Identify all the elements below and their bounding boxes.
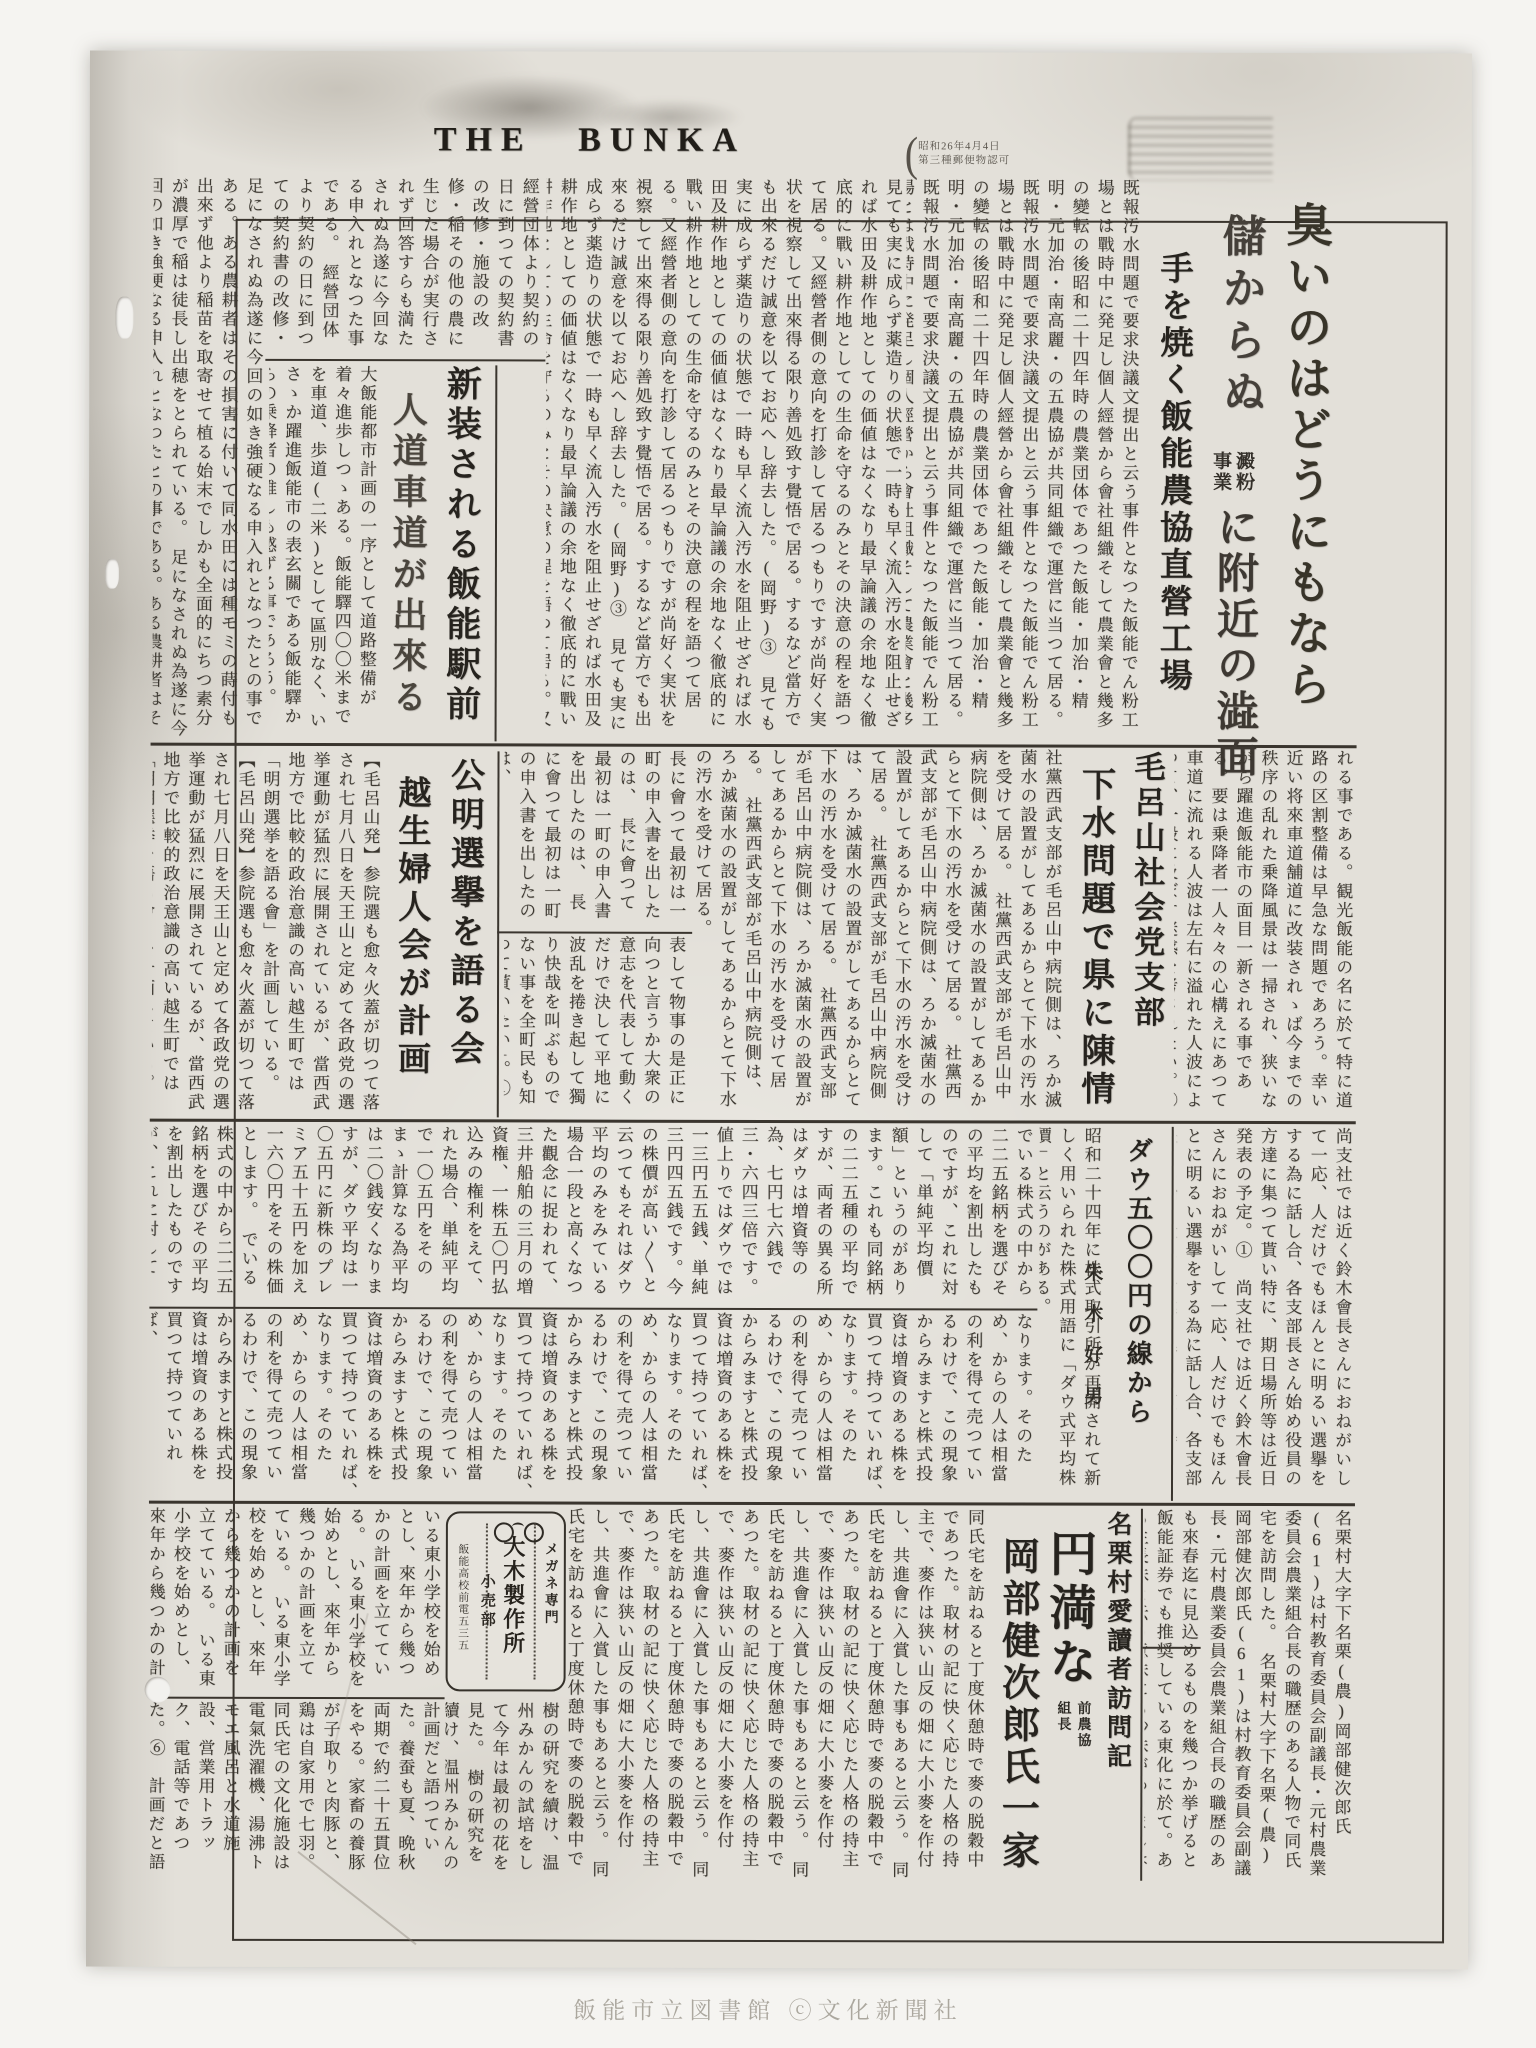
article-school: いる東小学校を始めとし、來年から幾つかの計画を立てている。 いる東小学校を始めと… [151, 1507, 443, 1694]
article-dempun-left: 足になされぬ為遂に今回の如き強硬なる申入れとなつたとの事である。ある農耕者はその… [153, 177, 266, 739]
article-ekimae-cont: れる事である。観光飯能の名に於て特に道路の区割整備は早急な問題であろう。幸い近い… [1174, 749, 1356, 1119]
headline-teyaku: 手を焼く飯能農協直營工場 [1147, 251, 1200, 713]
headline-profit-small: 澱粉事業 [1207, 451, 1255, 498]
article-gesui-c: 表して物事の是正に向つと言うか大衆の意志を代表して動くだけで決して平地に波乱を捲… [504, 935, 688, 1117]
article-ekimae-body: 大飯能都市計画の一序として道路整備が着々進歩しつゝある。飯能驛四〇〇米までを車道… [269, 365, 380, 741]
article-naguri-mid: 同氏宅を訪ねると丁度休憩時で麥の脱穀中であつた。取材の記に快く応じた人格の持主で… [565, 1508, 987, 1883]
headline-gesui-sub: 下水問題で県に陳情 [1068, 767, 1121, 1127]
stamp-date: 昭和26年4月4日 [918, 140, 1010, 154]
article-dempun-mid: 見ても実に成らず薬造りの状態で一時も早く流入汚水を阻止せざれば水田及耕作地として… [546, 178, 905, 741]
newspaper-sheet: THE BUNKA ( 昭和26年4月4日 第三種郵便物認可 臭いのはどうにもな… [86, 51, 1472, 1970]
stamp-permit: 第三種郵便物認可 [918, 154, 1010, 168]
ad-shop-name: 大木製作所 [500, 1535, 526, 1683]
headline-koumei-sub: 越生婦人会が計画 [386, 775, 437, 1087]
article-stock-1: でいる株式の中から二二五銘柄を選びその平均を割出したものですが、これに対して「単… [151, 1125, 1035, 1305]
paper-hole [145, 1677, 171, 1703]
headline-ekimae-sub: 人道車道が出來る [381, 391, 434, 743]
stamp-bracket: ( [905, 130, 918, 178]
ad-address: 飯能高校前電五三五 [456, 1543, 469, 1685]
article-naguri-lead: 名栗村大字下名栗(農)岡部健次郎氏(61)は村教育委員会副議長・元村農業委員会農… [1205, 1509, 1354, 1883]
headline-ekimae-main: 新装される飯能駅前 [433, 365, 490, 743]
footer-caption: 飯能市立図書館 ⓒ文化新聞社 [0, 1992, 1536, 2025]
article-gesui-a: 社黨西武支部が毛呂山中病院側は、ろか滅菌水の設置がしてあるからとて下水の汚水を受… [692, 748, 1065, 1119]
article-stock-start: 昭和二十四年に株式取引所が再開されて新しく用いられた株式用語に「ダウ式平均株價」… [1039, 1127, 1104, 1501]
article-mikan: 樹の研究を續け、温州みかんの試培をして今年は最初の花を見た。 樹の研究を續け、温… [445, 1701, 561, 1881]
article-dow-intro: 尚支社では近く鈴木會長さんにおねがいして一応、人だけでもほんとに明るい選擧をする… [1176, 1127, 1355, 1501]
divider [149, 1697, 445, 1700]
paper-tear [115, 297, 133, 339]
headline-smell: 臭いのはどうにもならぬ [1265, 201, 1346, 726]
headline-enman-sub: 前農協組長 [1048, 1701, 1092, 1757]
paper-tear [105, 559, 119, 589]
headline-dow: ダウ五〇〇円の線から [1107, 1137, 1168, 1439]
postal-permit-stamp: ( 昭和26年4月4日 第三種郵便物認可 [905, 134, 1010, 174]
article-naguri-end: 計画だと語つていた。養蚕も夏、晩秋両期で約二十五貫位をやる。家畜の養豚が子取りと… [150, 1701, 442, 1882]
stamp-illegible [1128, 117, 1273, 181]
divider [497, 931, 692, 933]
masthead-title: THE BUNKA [434, 121, 746, 160]
article-stock-end: も來春迄に見込めるものを幾つか挙げると飯能証券でも推奨している東化に於て。ある生… [1144, 1509, 1201, 1881]
headline-naguri-series: 名栗村愛讀者訪問記 [1094, 1511, 1139, 1785]
headline-profit-top: 儲からぬ [1209, 213, 1269, 448]
headline-koumei-main: 公明選擧を語る会 [437, 757, 490, 1079]
article-stock-2: なります。そのため、からの人は相當の利を得て売つているわけで、この現象からみます… [151, 1311, 1035, 1499]
article-gesui-b: 長に會つて最初は一町の申入書を出したのは、 長に會つて最初は一町の申入書を出した… [504, 749, 688, 927]
article-dempun-contract: 經營団体より契約の日に到つての契約書の改修・施設の改修・稲その他の農に生じた場合… [269, 177, 541, 356]
headline-okabe: 岡部健次郎氏一家 [990, 1536, 1043, 1888]
ad-decoration [534, 1523, 536, 1679]
ad-dept: 小売部 [478, 1573, 496, 1681]
article-dempun-lead: 既報汚水問題で要求決議文提出と云う事件となつた飯能でん粉工場とは戰時中に発足し個… [906, 178, 1142, 740]
headline-enman: 円満な [1041, 1529, 1095, 1707]
ad-optician: メガネ専門 大木製作所 小売部 飯能高校前電五三五 [446, 1511, 566, 1691]
headline-gesui-main: 毛呂山社会党支部 [1122, 751, 1171, 1043]
ad-specialty: メガネ専門 [542, 1542, 558, 1682]
article-koumei-body: 【毛呂山発】参院選も愈々火蓋が切つて落され七月八日を天王山と定めて各政党の選挙運… [152, 751, 383, 1115]
